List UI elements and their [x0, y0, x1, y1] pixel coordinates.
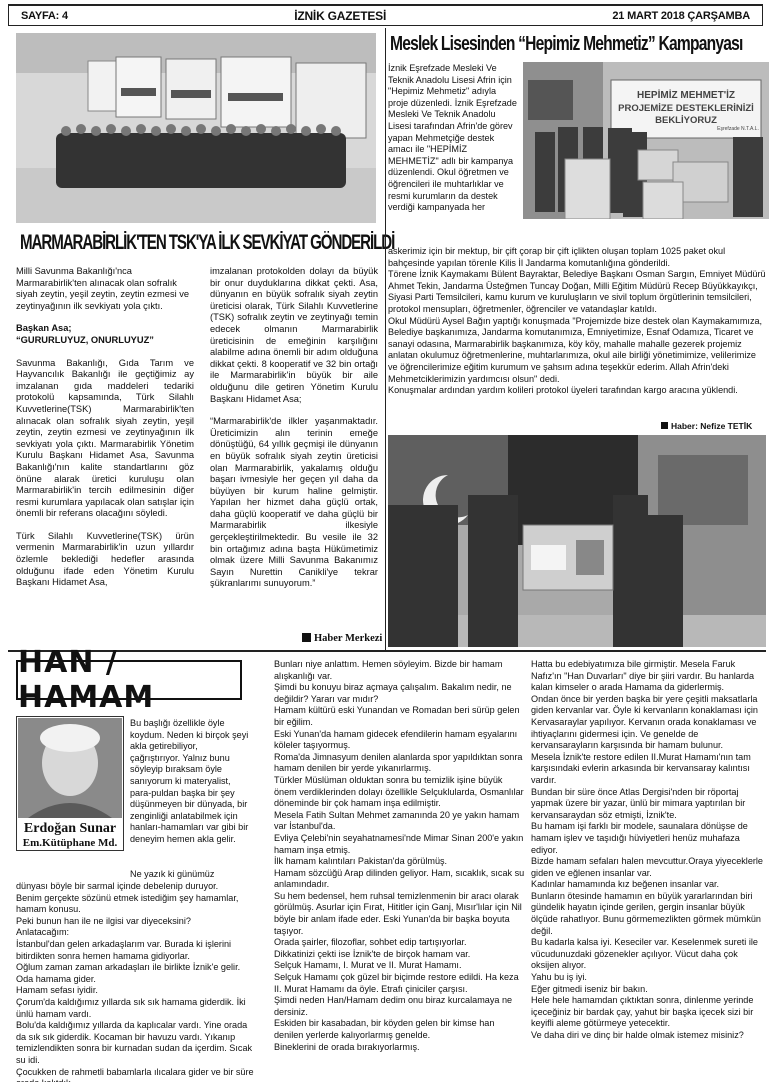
paragraph: Hele hele hamamdan çıktıktan sonra, dinl… [531, 995, 765, 1030]
byline-nefize-tetik: Haber: Nefize TETİK [661, 421, 752, 431]
paragraph: Hamam kültürü eski Yunandan ve Romadan b… [274, 705, 526, 728]
meslek-para-4: Konuşmalar ardından yardım kolileri prot… [388, 385, 766, 397]
hepimiz-mehmetiz-photo: HEPİMİZ MEHMET'İZ PROJEMİZE DESTEKLERİNİ… [523, 62, 769, 219]
paragraph: Selçuk Hamamı çok güzel bir biçimde rest… [274, 972, 526, 995]
paragraph: Mesela Fatih Sultan Mehmet zamanında 20 … [274, 810, 526, 833]
byline-haber-merkezi: Haber Merkezi [302, 633, 382, 644]
column-intro-beside-photo: Bu başlığı özellikle öyle koydum. Neden … [130, 718, 250, 846]
paragraph: Şimdi neden Han/Hamam dedim onu biraz ku… [274, 995, 526, 1018]
author-title: Em.Kütüphane Md. [17, 837, 123, 849]
paragraph: Yahu bu iş iyi. [531, 972, 765, 984]
marmarabirlik-quote: “Marmarabirlik'de ilkler yaşanmaktadır. … [210, 416, 378, 590]
column-title-box: HAN / HAMAM [16, 660, 242, 700]
paragraph: Bundan bir süre önce Atlas Dergisi'nden … [531, 787, 765, 822]
paragraph: Orada şairler, filozoflar, sohbet edip t… [274, 937, 526, 949]
paragraph: Anlatacağım: [16, 927, 256, 939]
paragraph: Hamam sefası iyidir. [16, 985, 256, 997]
column-han-hamam-col-2: Bunları niye anlattım. Hemen söyleyim. B… [274, 659, 526, 1053]
paragraph: Bineklerini de orada bırakıyorlarmış. [274, 1042, 526, 1054]
trucks-group-photo [16, 33, 376, 223]
paragraph: Evliya Çelebi'nin seyahatnamesi'nde Mima… [274, 833, 526, 856]
aid-box-handover-photo [388, 435, 766, 647]
paragraph: İstanbul'dan gelen arkadaşlarım var. Bur… [16, 939, 256, 962]
paragraph: Bu hamam işi farklı bir modele, saunalar… [531, 821, 765, 856]
paragraph: Oğlum zaman zaman arkadaşları ile birlik… [16, 962, 256, 985]
newspaper-name: İZNİK GAZETESİ [294, 9, 386, 23]
paragraph: Bolu'da kaldığımız yıllarda da kaplıcala… [16, 1020, 256, 1066]
paragraph: Hamam sözcüğü Arap dilinden geliyor. Ham… [274, 868, 526, 891]
paragraph: Eski Yunan'da hamam gidecek efendilerin … [274, 729, 526, 752]
paragraph: Şimdi bu konuyu biraz açmaya çalışalım. … [274, 682, 526, 705]
paragraph: Roma'da Jimnasyum denilen alanlarda spor… [274, 752, 526, 775]
meslek-para-3: Okul Müdürü Aysel Bağın yaptığı konuşmad… [388, 316, 766, 386]
marmarabirlik-column-2: imzalanan protokolden dolayı da büyük bi… [210, 266, 378, 590]
column-ne-yazik: Ne yazık ki günümüz [130, 869, 250, 881]
author-photo [18, 718, 122, 818]
marmarabirlik-para-2: Türk Silahlı Kuvvetlerine(TSK) ürün verm… [16, 531, 194, 589]
paragraph: Hatta bu edebiyatımıza bile girmiştir. M… [531, 659, 765, 694]
paragraph: Dikkatinizi çekti ise İznik'te de birçok… [274, 949, 526, 961]
byline-square-icon [302, 633, 311, 642]
svg-text:HEPİMİZ MEHMET'İZ: HEPİMİZ MEHMET'İZ [637, 88, 735, 101]
meslek-wide-body: askerimiz için bir mektup, bir çift çora… [388, 246, 766, 397]
paragraph: Bunları niye anlattım. Hemen söyleyim. B… [274, 659, 526, 682]
marmarabirlik-intro: Milli Savunma Bakanlığı'nca Marmarabirli… [16, 266, 194, 312]
column-han-hamam-col-1: dünyası böyle bir sarmal içinde debeleni… [16, 881, 256, 1082]
meslek-para-1: askerimiz için bir mektup, bir çift çora… [388, 246, 766, 269]
meslek-headline: Meslek Lisesinden “Hepimiz Mehmetiz” Kam… [390, 33, 764, 56]
paragraph: Peki bunun han ile ne ilgisi var diyecek… [16, 916, 256, 928]
column-han-hamam-col-3: Hatta bu edebiyatımıza bile girmiştir. M… [531, 659, 765, 1042]
paragraph: Bunların ötesinde hamamın en büyük yarar… [531, 891, 765, 937]
paragraph: Türkler Müslüman olduktan sonra bu temiz… [274, 775, 526, 810]
author-name: Erdoğan Sunar [17, 821, 123, 837]
svg-text:Eşrefzade N.T.A.L.: Eşrefzade N.T.A.L. [717, 126, 759, 132]
paragraph: Çocukken de rahmetli babamlarla ılıcalar… [16, 1067, 256, 1082]
paragraph: İlk hamam kalıntıları Pakistan'da görülm… [274, 856, 526, 868]
paragraph: Selçuk Hamamı, I. Murat ve II. Murat Ham… [274, 960, 526, 972]
subhead-baskan-asa: Başkan Asa; [16, 323, 194, 335]
issue-date: 21 MART 2018 ÇARŞAMBA [612, 10, 750, 22]
svg-text:PROJEMİZE DESTEKLERİNİZİ: PROJEMİZE DESTEKLERİNİZİ [618, 103, 754, 114]
page-number: SAYFA: 4 [21, 10, 68, 22]
marmarabirlik-headline: MARMARABİRLİK'TEN TSK'YA İLK SEVKİYAT GÖ… [20, 231, 380, 255]
marmarabirlik-para-3: imzalanan protokolden dolayı da büyük bi… [210, 266, 378, 405]
paragraph: Çorum'da kaldığımız yıllarda sık sık ham… [16, 997, 256, 1020]
paragraph: Ve daha diri ve dinç bir halde olmak ist… [531, 1030, 765, 1042]
paragraph: Benim gerçekte sözünü etmek istediğim şe… [16, 893, 256, 916]
paragraph: Ondan önce bir yerden başka bir yere çeş… [531, 694, 765, 752]
paragraph: dünyası böyle bir sarmal içinde debeleni… [16, 881, 256, 893]
marmarabirlik-column-1: Milli Savunma Bakanlığı'nca Marmarabirli… [16, 266, 194, 589]
author-card: Erdoğan Sunar Em.Kütüphane Md. [16, 716, 124, 851]
paragraph: Bu kadarla kalsa iyi. Keseciler var. Kes… [531, 937, 765, 972]
column-title: HAN / HAMAM [18, 645, 240, 715]
paragraph: Eskiden bir kasabadan, bir köyden gelen … [274, 1018, 526, 1041]
svg-text:BEKLİYORUZ: BEKLİYORUZ [655, 115, 717, 126]
page-header: SAYFA: 4 İZNİK GAZETESİ 21 MART 2018 ÇAR… [8, 4, 763, 26]
paragraph: Bizde hamam sefaları halen mevcuttur.Ora… [531, 856, 765, 879]
meslek-narrow-column: İznik Eşrefzade Mesleki Ve Teknik Anadol… [388, 63, 518, 214]
paragraph: Kadınlar hamamında kız beğenen insanlar … [531, 879, 765, 891]
marmarabirlik-para-1: Savunma Bakanlığı, Gıda Tarım ve Hayvanc… [16, 358, 194, 520]
paragraph: Su hem bedensel, hem ruhsal temizlenmeni… [274, 891, 526, 937]
meslek-para-2: Törene İznik Kaymakamı Bülent Bayraktar,… [388, 269, 766, 315]
paragraph: Mesela İznik'te restore edilen II.Murat … [531, 752, 765, 787]
column-divider [385, 28, 386, 650]
byline-square-icon [661, 422, 668, 429]
subhead-quote: “GURURLUYUZ, ONURLUYUZ” [16, 335, 194, 347]
paragraph: Eğer gitmedi iseniz bir bakın. [531, 984, 765, 996]
